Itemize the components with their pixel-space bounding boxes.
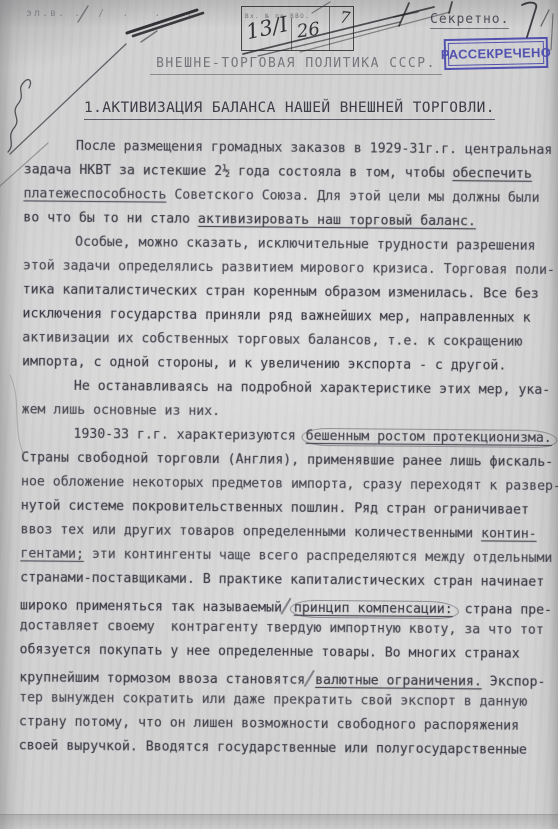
underlined-phrase: гентами; [20,546,84,562]
secret-classification-label: Секретно. [430,12,509,29]
text-segment: задача НКВТ за истекшие 2½ года состояла… [24,162,453,181]
text-segment: жем лишь основные из них. [22,402,221,419]
corner-note: эл.в. . / . . . [26,8,194,19]
text-segment: 1930-33 г.г. характеризуются [73,427,303,444]
annotated-phrase: принцип компенсации: [290,600,459,619]
text-segment: Не останавливаясь на подробной характери… [74,379,550,398]
underlined-phrase: активизировать наш торговый баланс. [198,212,476,229]
handwritten-seven [522,3,536,37]
stamp-handwritten-number: 26 [296,19,322,43]
scanned-document-page: эл.в. . / . . . Вх. № по ВВО. 13/I 26 7 … [0,0,558,829]
text-segment: страну потому, что он лишен возможности … [19,714,519,733]
text-segment: Особые, можно сказать, исключительные тр… [75,235,536,254]
text-segment: доставляет своему контрагенту твердую им… [20,618,544,638]
text-segment: импорта, с одной стороны, и к увеличению… [22,354,506,373]
text-segment: исключения государства приняли ряд важне… [22,306,530,325]
document-body: После размещения громадных заказов в 192… [19,138,558,767]
pen-figure [394,12,418,17]
text-segment: странами-поставщиками. В практике капита… [20,570,544,590]
text-segment: ввоз тех или других товаров определенным… [21,522,482,541]
text-segment: нутой системе покровительственных пошлин… [21,498,529,517]
scan-edge-shadow [0,814,558,829]
text-segment: активизации их собственных торговых бала… [22,330,522,349]
registration-stamp: Вх. № по ВВО. 13/I 26 7 [241,6,354,51]
pen-stroke [541,10,549,26]
text-segment: тика капиталистических стран коренным об… [23,282,539,302]
pen-stroke [141,31,157,42]
text-line: своей выручкой. Вводятся государственные… [19,738,558,767]
underlined-phrase: контин- [481,526,537,541]
text-segment: во что бы то ни стало [23,210,198,227]
underlined-phrase: платежеспособность [23,186,166,202]
stamp-divider [291,18,292,50]
annotated-phrase: бешенным ростом протекционизма. [302,428,558,448]
text-segment: Экспор- [482,674,546,690]
pen-stroke [551,14,553,50]
text-segment: страна пре- [457,602,552,618]
underlined-phrase: валютные ограничения. [315,673,482,689]
text-segment: обязуется покупать у нее определенные то… [19,642,519,661]
text-segment: своей выручкой. Вводятся государственные… [19,738,527,757]
text-segment: эти контингенты чаще всего распределяютс… [84,547,553,566]
section-heading: 1.АКТИВИЗАЦИЯ БАЛАНСА НАШЕЙ ВНЕШНЕЙ ТОРГ… [84,100,495,120]
stamp-divider [329,7,330,50]
underlined-phrase: обеспечить [452,166,532,182]
text-segment: широко применяться так называемый [20,598,282,615]
declassified-stamp: РАССЕКРЕЧЕНО [444,37,549,70]
text-segment: тер вынужден сократить или даже прекрати… [19,690,527,709]
pen-figure [399,3,409,26]
text-segment: Советского Союза. Для этой цели мы должн… [166,188,539,206]
text-segment: крупнейшим тормозом ввоза становятся [19,670,305,687]
document-title: ВНЕШНЕ-ТОРГОВАЯ ПОЛИТИКА СССР. [150,56,442,75]
stamp-handwritten-digit: 7 [339,8,351,28]
text-segment: После размещения громадных заказов в 192… [76,139,552,158]
